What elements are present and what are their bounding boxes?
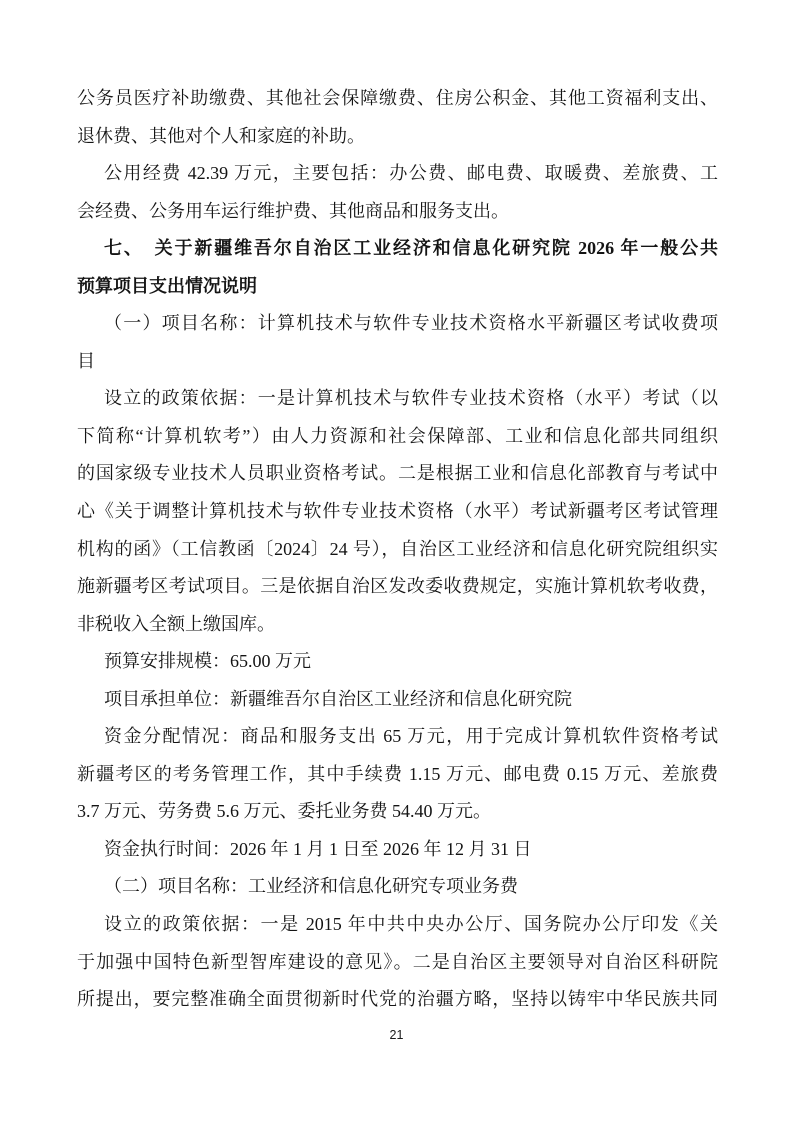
text-line: 会经费、公务用车运行维护费、其他商品和服务支出。	[77, 193, 718, 231]
text-line: 目	[77, 343, 718, 381]
text-line: 3.7 万元、劳务费 5.6 万元、委托业务费 54.40 万元。	[77, 793, 718, 831]
text-line: 的国家级专业技术人员职业资格考试。二是根据工业和信息化部教育与考试中	[77, 455, 718, 493]
text-line: 资金执行时间：2026 年 1 月 1 日至 2026 年 12 月 31 日	[77, 831, 718, 869]
text-line: 预算安排规模：65.00 万元	[77, 643, 718, 681]
text-line: 下简称“计算机软考”）由人力资源和社会保障部、工业和信息化部共同组织	[77, 418, 718, 456]
page-number: 21	[0, 1026, 793, 1044]
text-line: （二）项目名称：工业经济和信息化研究专项业务费	[77, 868, 718, 906]
text-line: 心《关于调整计算机技术与软件专业技术资格（水平）考试新疆考区考试管理	[77, 493, 718, 531]
text-line: 退休费、其他对个人和家庭的补助。	[77, 118, 718, 156]
text-line: 资金分配情况：商品和服务支出 65 万元，用于完成计算机软件资格考试	[77, 718, 718, 756]
text-line: 设立的政策依据：一是计算机技术与软件专业技术资格（水平）考试（以	[77, 380, 718, 418]
text-line: 非税收入全额上缴国库。	[77, 606, 718, 644]
text-line: 新疆考区的考务管理工作，其中手续费 1.15 万元、邮电费 0.15 万元、差旅…	[77, 756, 718, 794]
text-line: 公用经费 42.39 万元，主要包括：办公费、邮电费、取暖费、差旅费、工	[77, 155, 718, 193]
text-line: 施新疆考区考试项目。三是依据自治区发改委收费规定，实施计算机软考收费，	[77, 568, 718, 606]
document-page: 公务员医疗补助缴费、其他社会保障缴费、住房公积金、其他工资福利支出、退休费、其他…	[0, 0, 793, 1122]
text-line: 项目承担单位：新疆维吾尔自治区工业经济和信息化研究院	[77, 681, 718, 719]
document-body: 公务员医疗补助缴费、其他社会保障缴费、住房公积金、其他工资福利支出、退休费、其他…	[77, 80, 718, 1019]
text-line: 公务员医疗补助缴费、其他社会保障缴费、住房公积金、其他工资福利支出、	[77, 80, 718, 118]
text-line: 设立的政策依据：一是 2015 年中共中央办公厅、国务院办公厅印发《关	[77, 906, 718, 944]
text-line: 七、 关于新疆维吾尔自治区工业经济和信息化研究院 2026 年一般公共	[77, 230, 718, 268]
text-line: 预算项目支出情况说明	[77, 268, 718, 306]
text-line: 所提出，要完整准确全面贯彻新时代党的治疆方略，坚持以铸牢中华民族共同	[77, 981, 718, 1019]
text-line: 于加强中国特色新型智库建设的意见》。二是自治区主要领导对自治区科研院	[77, 944, 718, 982]
text-line: 机构的函》（工信教函〔2024〕24 号），自治区工业经济和信息化研究院组织实	[77, 531, 718, 569]
text-line: （一）项目名称：计算机技术与软件专业技术资格水平新疆区考试收费项	[77, 305, 718, 343]
